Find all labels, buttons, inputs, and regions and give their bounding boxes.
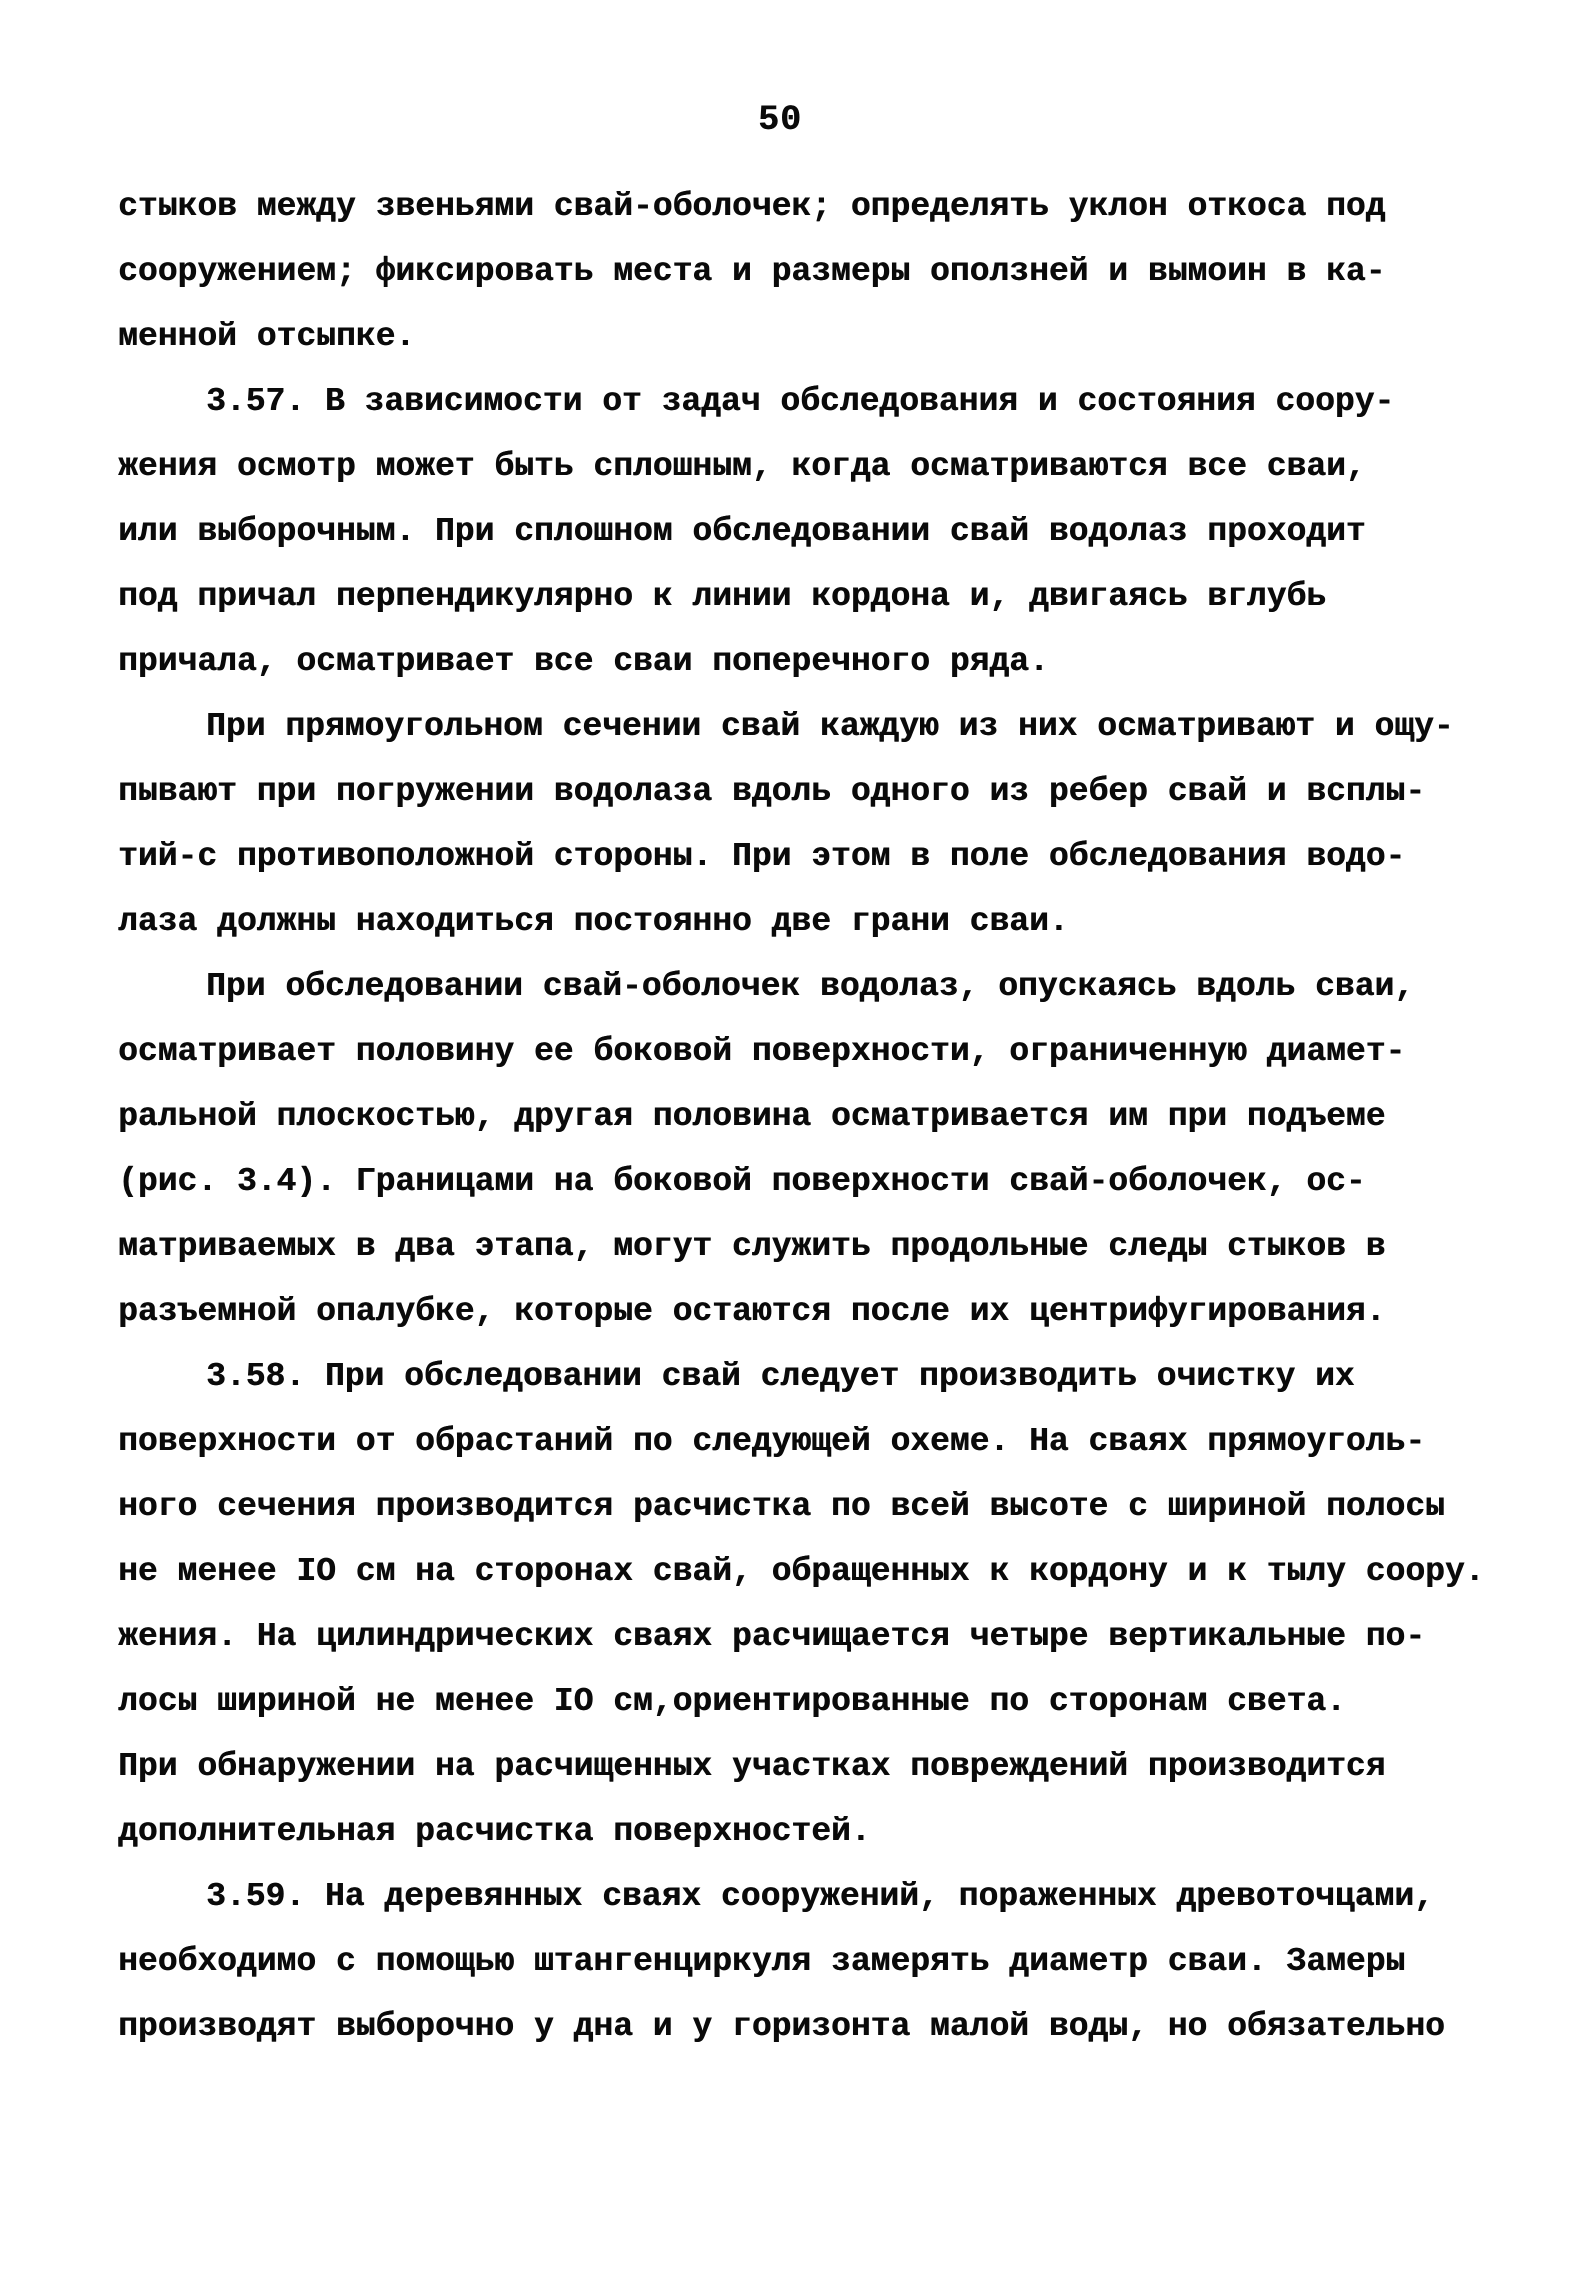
text-line: менной отсыпке.	[118, 304, 1538, 369]
text-line: дополнительная расчистка поверхностей.	[118, 1799, 1538, 1864]
text-line: 3.58. При обследовании свай следует прои…	[118, 1344, 1538, 1409]
document-page: 50 стыков между звеньями свай-оболочек; …	[0, 0, 1596, 2280]
text-line: осматривает половину ее боковой поверхно…	[118, 1019, 1538, 1084]
text-line: (рис. 3.4). Границами на боковой поверхн…	[118, 1149, 1538, 1214]
text-line: сооружением; фиксировать места и размеры…	[118, 239, 1538, 304]
text-line: необходимо с помощью штангенциркуля заме…	[118, 1929, 1538, 1994]
text-line: или выборочным. При сплошном обследовани…	[118, 499, 1538, 564]
text-line: ральной плоскостью, другая половина осма…	[118, 1084, 1538, 1149]
text-line: причала, осматривает все сваи поперечног…	[118, 629, 1538, 694]
text-line: жения осмотр может быть сплошным, когда …	[118, 434, 1538, 499]
text-line: При обследовании свай-оболочек водолаз, …	[118, 954, 1538, 1019]
text-line: производят выборочно у дна и у горизонта…	[118, 1994, 1538, 2059]
text-line: поверхности от обрастаний по следующей о…	[118, 1409, 1538, 1474]
text-line: лосы шириной не менее IО см,ориентирован…	[118, 1669, 1538, 1734]
text-line: жения. На цилиндрических сваях расчищает…	[118, 1604, 1538, 1669]
text-line: ного сечения производится расчистка по в…	[118, 1474, 1538, 1539]
text-line: При прямоугольном сечении свай каждую из…	[118, 694, 1538, 759]
text-line: 3.59. На деревянных сваях сооружений, по…	[118, 1864, 1538, 1929]
text-line: лаза должны находиться постоянно две гра…	[118, 889, 1538, 954]
text-line: пывают при погружении водолаза вдоль одн…	[118, 759, 1538, 824]
document-body: стыков между звеньями свай-оболочек; опр…	[118, 174, 1538, 2059]
text-line: под причал перпендикулярно к линии кордо…	[118, 564, 1538, 629]
text-line: не менее IО см на сторонах свай, обращен…	[118, 1539, 1538, 1604]
text-line: разъемной опалубке, которые остаются пос…	[118, 1279, 1538, 1344]
text-line: матриваемых в два этапа, могут служить п…	[118, 1214, 1538, 1279]
text-line: При обнаружении на расчищенных участках …	[118, 1734, 1538, 1799]
text-line: 3.57. В зависимости от задач обследовани…	[118, 369, 1538, 434]
page-number: 50	[0, 100, 1578, 140]
text-line: тий-с противоположной стороны. При этом …	[118, 824, 1538, 889]
text-line: стыков между звеньями свай-оболочек; опр…	[118, 174, 1538, 239]
